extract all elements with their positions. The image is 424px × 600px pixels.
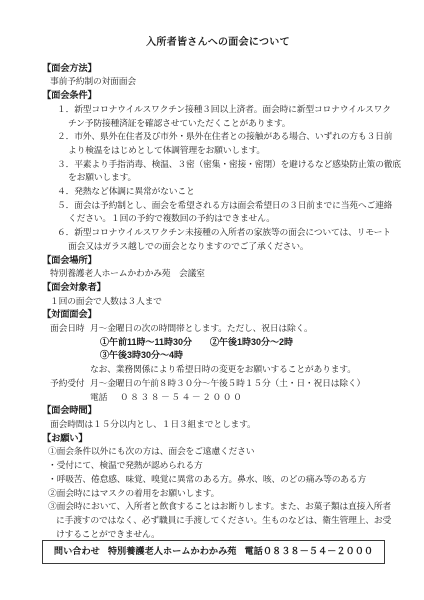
request-item: ②面会時にはマスクの着用をお願いします。 (48, 487, 394, 501)
section-duration-body: 面会時間は１５分以内とし、１日３組までとします。 (50, 418, 394, 432)
condition-line: １．新型コロナウイルスワクチン接種３回以上済者。面会時に新型コロナウイルスワク (57, 103, 394, 117)
meeting-phone-number: ０８３８－５４－２０００ (120, 392, 244, 402)
section-meeting-heading: 【対面面会】 (42, 308, 394, 322)
meeting-schedule-label: 面会日時 (50, 322, 90, 336)
condition-line: 面会又はガラス越しでの面会となりますのでご了承ください。 (68, 240, 394, 254)
condition-item: ４．発熱など体調に異常がないこと (57, 185, 394, 199)
contact-phone: 電話０８３８－５４－２０００ (244, 545, 373, 559)
request-item: ・呼吸苦、倦怠感、味覚、嗅覚に異常のある方。鼻水、咳、のどの痛み等のある方 (48, 473, 394, 487)
section-place-heading: 【面会場所】 (42, 254, 394, 268)
section-method-heading: 【面会方法】 (42, 62, 394, 76)
request-item: ③面会時において、入所者と飲食することはお断りします。また、お菓子類は直接入所者… (48, 500, 394, 541)
meeting-reservation-label: 予約受付 (50, 377, 90, 391)
condition-line: ３．平素より手指消毒、検温、３密（密集・密接・密閉）を避けるなど感染防止策の徹底 (57, 158, 394, 172)
request-line: ・受付にて、検温で発熱が認められる方 (48, 459, 394, 473)
meeting-reservation-row: 予約受付 月～金曜日の午前８時３０分～午後５時１５分（土・日・祝日は除く） (50, 377, 394, 391)
request-item: ・受付にて、検温で発熱が認められる方 (48, 459, 394, 473)
condition-item: ５．面会は予約制とし、面会を希望される方は面会希望日の３日前までに当苑へご連絡 … (57, 199, 394, 226)
condition-line: ５．面会は予約制とし、面会を希望される方は面会希望日の３日前までに当苑へご連絡 (57, 199, 394, 213)
meeting-phone-row: 電話 ０８３８－５４－２０００ (90, 391, 394, 405)
condition-line: ４．発熱など体調に異常がないこと (57, 185, 394, 199)
request-line: に手渡すのではなく、必ず職員に手渡してください。生ものなどは、衛生管理上、お受 (56, 514, 394, 528)
meeting-schedule-text: 月～金曜日の次の時間帯とします。ただし、祝日は除く。 (90, 322, 313, 336)
section-audience-body: １回の面会で人数は３人まで (50, 295, 394, 309)
request-line: ②面会時にはマスクの着用をお願いします。 (48, 487, 394, 501)
condition-item: ２．市外、県外在住者及び市外・県外在住者との接触がある場合、いずれの方も３日前 … (57, 130, 394, 157)
section-requests-heading: 【お願い】 (42, 432, 394, 446)
request-line: ③面会時において、入所者と飲食することはお断りします。また、お菓子類は直接入所者 (48, 500, 394, 514)
section-audience-heading: 【面会対象者】 (42, 281, 394, 295)
meeting-phone-label: 電話 (90, 392, 107, 402)
request-line: ①面会条件以外にも次の方は、面会をご遠慮ください (48, 445, 394, 459)
request-item: ①面会条件以外にも次の方は、面会をご遠慮ください (48, 445, 394, 459)
meeting-schedule-row: 面会日時 月～金曜日の次の時間帯とします。ただし、祝日は除く。 (50, 322, 394, 336)
condition-item: １．新型コロナウイルスワクチン接種３回以上済者。面会時に新型コロナウイルスワク … (57, 103, 394, 130)
contact-box: 問い合わせ 特別養護老人ホームかわかみ苑 電話０８３８－５４－２０００ (42, 540, 385, 564)
request-line: ・呼吸苦、倦怠感、味覚、嗅覚に異常のある方。鼻水、咳、のどの痛み等のある方 (48, 473, 394, 487)
section-duration-heading: 【面会時間】 (42, 404, 394, 418)
section-conditions-heading: 【面会条件】 (42, 89, 394, 103)
condition-line: ください。１回の予約で複数回の予約はできません。 (68, 212, 394, 226)
contact-label: 問い合わせ (54, 545, 100, 559)
meeting-timeslots-line2: ③午後3時30分～4時 (100, 349, 394, 363)
document-page: 入所者皆さんへの面会について 【面会方法】 事前予約制の対面面会 【面会条件】 … (0, 0, 424, 600)
meeting-note: なお、業務関係により希望日時の変更をお願いすることがあります。 (90, 363, 394, 377)
section-place-body: 特別養護老人ホームかわかみ苑 会議室 (50, 267, 394, 281)
contact-facility-name: 特別養護老人ホームかわかみ苑 (108, 545, 237, 559)
meeting-reservation-text: 月～金曜日の午前８時３０分～午後５時１５分（土・日・祝日は除く） (90, 377, 365, 391)
condition-line: より検温をはじめとして体調管理をお願いします。 (68, 144, 394, 158)
condition-line: ６．新型コロナウイルスワクチン未接種の入所者の家族等の面会については、リモート (57, 226, 394, 240)
condition-item: ６．新型コロナウイルスワクチン未接種の入所者の家族等の面会については、リモート … (57, 226, 394, 253)
section-method-body: 事前予約制の対面面会 (50, 75, 394, 89)
page-title: 入所者皆さんへの面会について (42, 36, 394, 50)
condition-line: をお願いします。 (68, 171, 394, 185)
condition-line: チン予防接種済証を確認させていただくことがあります。 (68, 117, 394, 131)
condition-item: ３．平素より手指消毒、検温、３密（密集・密接・密閉）を避けるなど感染防止策の徹底… (57, 158, 394, 185)
meeting-timeslots-line1: ①午前11時～11時30分 ②午後1時30分～2時 (100, 336, 394, 350)
condition-line: ２．市外、県外在住者及び市外・県外在住者との接触がある場合、いずれの方も３日前 (57, 130, 394, 144)
